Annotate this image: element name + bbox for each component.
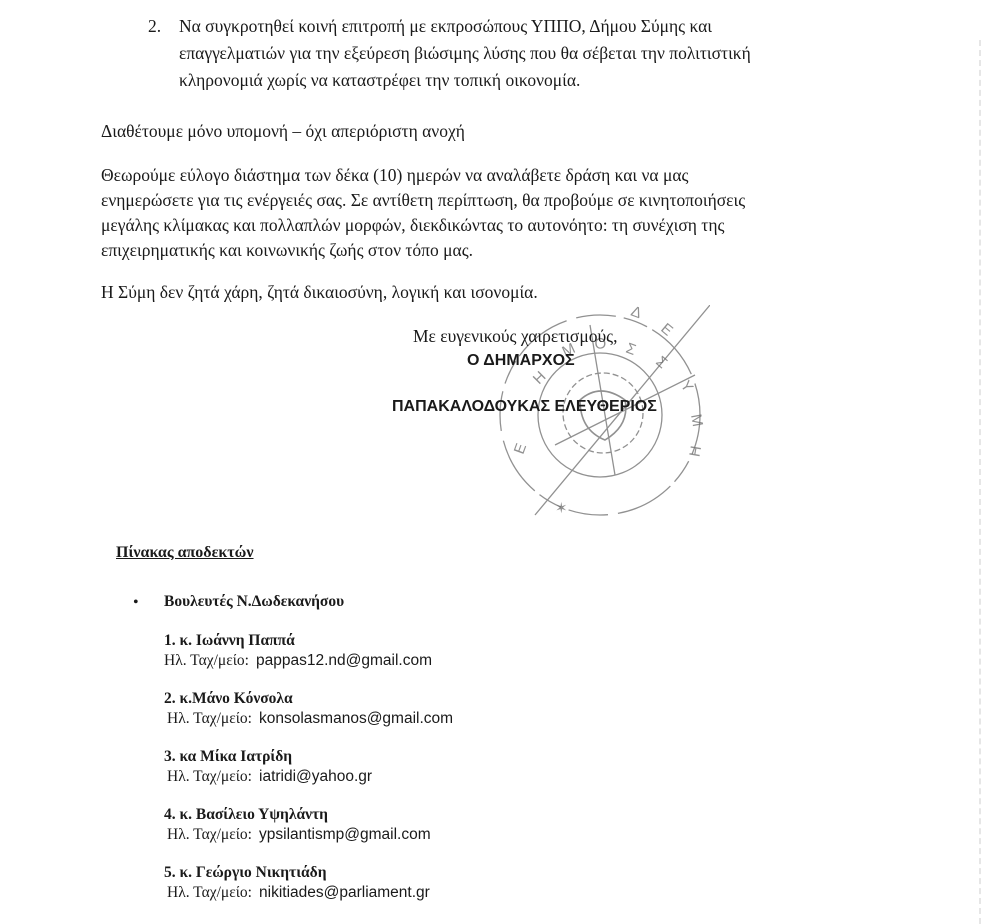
recipient-email-link[interactable]: pappas12.nd@gmail.com: [256, 652, 432, 670]
recipient-email-link[interactable]: ypsilantismp@gmail.com: [259, 826, 431, 844]
svg-text:Η: Η: [530, 368, 550, 388]
svg-text:Δ: Δ: [629, 305, 644, 322]
signature-title: Ο ΔΗΜΑΡΧΟΣ: [467, 352, 575, 370]
email-label: Ηλ. Ταχ/μείο:: [167, 826, 252, 844]
paragraph-line: Θεωρούμε εύλογο διάστημα των δέκα (10) η…: [101, 164, 688, 186]
svg-text:✶: ✶: [555, 500, 568, 517]
svg-text:Μ: Μ: [687, 413, 706, 428]
paragraph-line: επιχειρηματικής και κοινωνικής ζωής στον…: [101, 239, 473, 261]
email-label: Ηλ. Ταχ/μείο:: [167, 884, 252, 902]
signature-greeting: Με ευγενικούς χαιρετισμούς,: [413, 325, 617, 347]
recipient-email-link[interactable]: iatridi@yahoo.gr: [259, 768, 372, 786]
list-item-line-1: Να συγκροτηθεί κοινή επιτροπή με εκπροσώ…: [179, 15, 712, 37]
svg-text:Ε: Ε: [657, 320, 676, 339]
recipient-email-link[interactable]: konsolasmanos@gmail.com: [259, 710, 453, 728]
bullet-icon: •: [133, 592, 139, 614]
email-label: Ηλ. Ταχ/μείο:: [167, 768, 252, 786]
recipient-email-link[interactable]: nikitiades@parliament.gr: [259, 884, 430, 902]
scan-edge-line: [979, 40, 981, 924]
svg-text:Ε: Ε: [511, 441, 530, 456]
list-number: 2.: [148, 15, 161, 37]
recipient-name: 2. κ.Μάνο Κόνσολα: [164, 690, 293, 708]
email-label: Ηλ. Ταχ/μείο:: [167, 710, 252, 728]
list-item-line-3: κληρονομιά χωρίς να καταστρέφει την τοπι…: [179, 69, 580, 91]
recipient-name: 5. κ. Γεώργιο Νικητιάδη: [164, 864, 327, 882]
signature-name: ΠΑΠΑΚΑΛΟΔΟΥΚΑΣ ΕΛΕΥΘΕΡΙΟΣ: [392, 398, 657, 416]
patience-statement: Διαθέτουμε μόνο υπομονή – όχι απεριόριστ…: [101, 120, 465, 142]
email-label: Ηλ. Ταχ/μείο:: [164, 652, 249, 670]
recipients-heading: Πίνακας αποδεκτών: [116, 544, 254, 562]
svg-text:Η: Η: [685, 444, 704, 458]
svg-text:Υ: Υ: [677, 378, 697, 396]
svg-text:Σ: Σ: [624, 340, 639, 359]
recipient-name: 4. κ. Βασίλειο Υψηλάντη: [164, 806, 328, 824]
recipient-name: 1. κ. Ιωάννη Παππά: [164, 632, 295, 650]
recipient-group-label: Βουλευτές Ν.Δωδεκανήσου: [164, 593, 344, 611]
paragraph-line: ενημερώσετε για τις ενέργειές σας. Σε αν…: [101, 189, 745, 211]
closing-statement: Η Σύμη δεν ζητά χάρη, ζητά δικαιοσύνη, λ…: [101, 281, 538, 303]
paragraph-line: μεγάλης κλίμακας και πολλαπλών μορφών, δ…: [101, 214, 724, 236]
list-item-line-2: επαγγελματιών για την εξεύρεση βιώσιμης …: [179, 42, 751, 64]
svg-text:Σ: Σ: [652, 353, 670, 372]
recipient-name: 3. κα Μίκα Ιατρίδη: [164, 748, 292, 766]
